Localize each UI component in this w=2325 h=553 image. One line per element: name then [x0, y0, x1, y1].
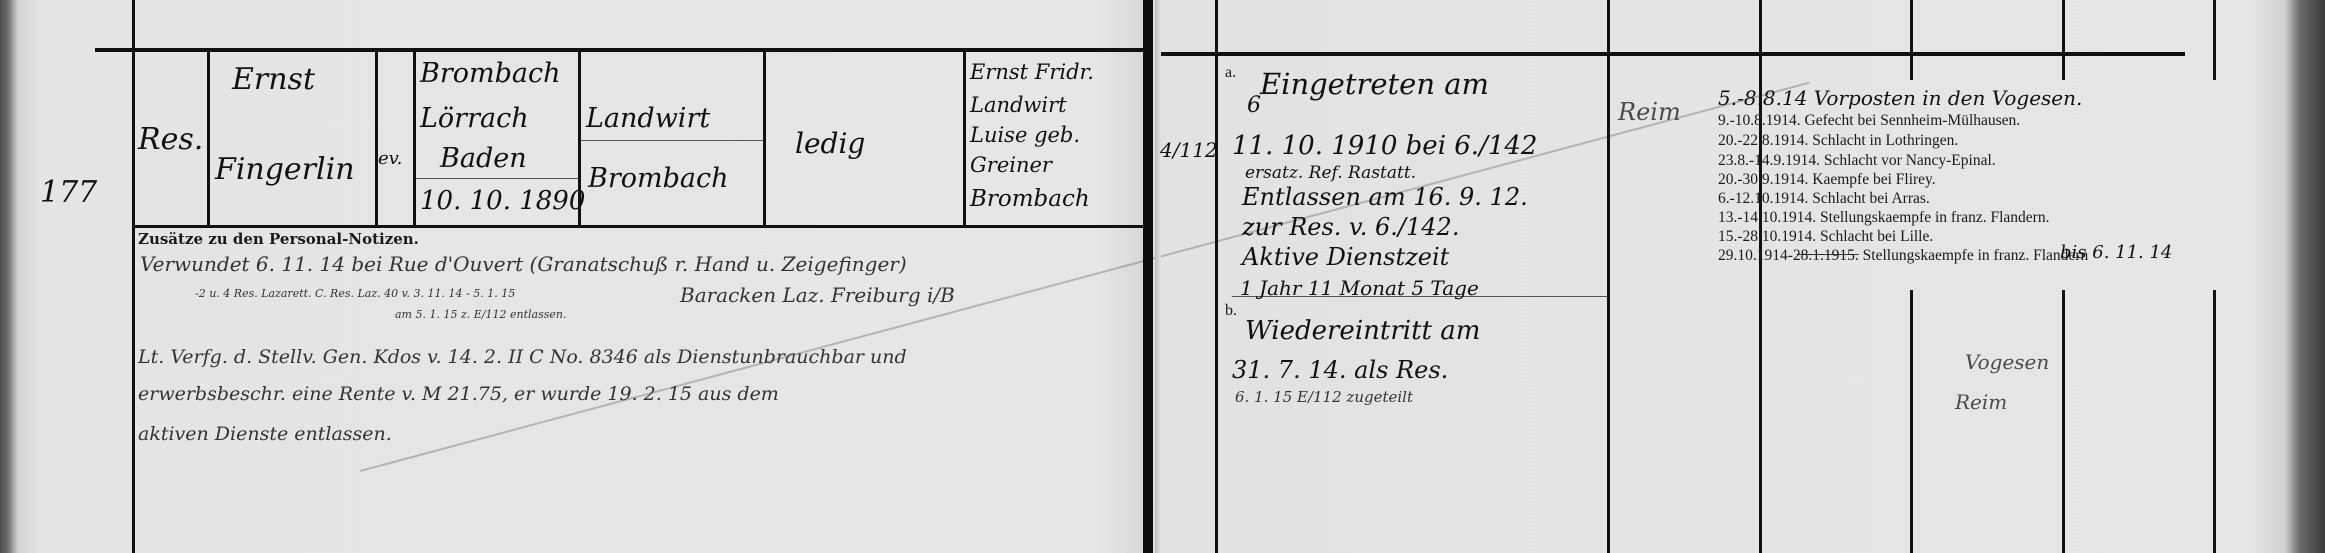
additions-line-6: aktiven Dienste entlassen. — [138, 425, 392, 444]
campaign-entry: 15.-28.10.1914. Schlacht bei Lille. — [1718, 228, 1933, 246]
campaign-stamp: 9.-10.8.1914. Gefecht bei Sennheim-Mülha… — [1718, 112, 2018, 317]
col-rule — [2062, 290, 2065, 553]
campaign-entry: 20.-30.9.1914. Kaempfe bei Flirey. — [1718, 171, 1936, 189]
lower-note-1: Vogesen — [1965, 352, 2049, 372]
col-rule — [1607, 0, 1610, 553]
additions-line-1b: Baracken Laz. Freiburg i/B — [680, 285, 955, 305]
surname: Fingerlin — [215, 155, 355, 185]
campaign-entry: 29.10.1914-2̶8̶.̶1̶.̶1̶9̶1̶5̶. Stellungs… — [1718, 247, 2088, 265]
rank: Res. — [138, 125, 203, 155]
service-a-line-1b: 6 — [1247, 95, 1261, 117]
campaign-handwritten-first: 5.-8.8.14 Vorposten in den Vogesen. — [1718, 88, 2082, 108]
service-a-line-2: 11. 10. 1910 bei 6./142 — [1232, 133, 1537, 159]
parents-3: Luise geb. — [970, 125, 1080, 146]
additions-line-4: Lt. Verfg. d. Stellv. Gen. Kdos v. 14. 2… — [138, 348, 907, 367]
service-a-line-1: Eingetreten am — [1260, 70, 1489, 99]
col-rule — [763, 50, 766, 226]
service-label-b: b. — [1225, 303, 1237, 319]
campaign-entry: 20.-22.8.1914. Schlacht in Lothringen. — [1718, 132, 1958, 150]
given-name: Ernst — [232, 65, 315, 95]
col-rule — [1910, 290, 1913, 553]
col-rule — [1215, 0, 1218, 553]
service-a-line-5: zur Res. v. 6./142. — [1242, 215, 1459, 239]
birth-date: 10. 10. 1890 — [420, 188, 585, 214]
col-rule — [1910, 0, 1913, 80]
campaign-entry: 9.-10.8.1914. Gefecht bei Sennheim-Mülha… — [1718, 112, 2020, 130]
marital-status: ledig — [795, 130, 865, 158]
additions-line-5: erwerbsbeschr. eine Rente v. M 21.75, er… — [138, 385, 779, 404]
book-spine — [1143, 0, 1153, 553]
col-rule — [2213, 290, 2216, 553]
page-fold — [1155, 0, 1161, 553]
birthplace-2: Lörrach — [420, 105, 529, 132]
campaign-entry: 23.8.-14.9.1914. Schlacht vor Nancy-Epin… — [1718, 152, 1996, 170]
campaign-entry: 6.-12.10.1914. Schlacht bei Arras. — [1718, 190, 1930, 208]
occupation: Landwirt — [586, 105, 710, 132]
reserve-note: Reim — [1618, 100, 1681, 124]
service-a-line-4: Entlassen am 16. 9. 12. — [1242, 185, 1528, 209]
service-b-line-2: 31. 7. 14. als Res. — [1232, 358, 1448, 382]
service-label-a: a. — [1225, 65, 1236, 81]
residence: Brombach — [588, 165, 729, 192]
parents-1: Ernst Fridr. — [970, 62, 1094, 83]
list-reference: 4/112 — [1160, 140, 1218, 160]
service-a-line-3: ersatz. Ref. Rastatt. — [1245, 165, 1416, 182]
campaign-handwritten-end: bis 6. 11. 14 — [2060, 244, 2172, 262]
parents-4: Greiner — [970, 155, 1052, 176]
parents-5: Brombach — [970, 188, 1090, 211]
parents-2: Landwirt — [970, 95, 1067, 116]
col-rule — [375, 50, 378, 226]
service-a-line-7: 1 Jahr 11 Monat 5 Tage — [1240, 278, 1479, 298]
lower-note-2: Reim — [1955, 392, 2007, 412]
additions-header: Zusätze zu den Personal-Notizen. — [138, 232, 419, 247]
col-rule — [413, 50, 416, 226]
additions-line-1: Verwundet 6. 11. 14 bei Rue d'Ouvert (Gr… — [140, 254, 907, 274]
birthplace-1: Brombach — [420, 60, 561, 87]
row-top-rule-right — [1160, 52, 2185, 56]
col-rule — [207, 50, 210, 226]
birthplace-divider — [415, 178, 578, 179]
service-a-line-6: Aktive Dienstzeit — [1242, 245, 1449, 269]
col-rule — [963, 50, 966, 226]
campaign-entry: 13.-14.10.1914. Stellungskaempfe in fran… — [1718, 209, 2049, 227]
occupation-divider — [580, 140, 763, 141]
col-rule — [2213, 0, 2216, 80]
register-page: 177 Res. Ernst Fingerlin ev. Brombach Lö… — [0, 0, 2325, 553]
row-bottom-rule — [132, 225, 1145, 228]
additions-line-3: am 5. 1. 15 z. E/112 entlassen. — [395, 309, 566, 320]
service-b-line-1: Wiedereintritt am — [1245, 318, 1480, 344]
row-top-rule — [95, 48, 1145, 52]
col-rule — [132, 0, 135, 553]
row-number: 177 — [40, 178, 97, 208]
religion: ev. — [378, 150, 402, 168]
col-rule — [2062, 0, 2065, 80]
birthplace-3: Baden — [440, 145, 527, 172]
additions-line-2: -2 u. 4 Res. Lazarett. C. Res. Laz. 40 v… — [195, 288, 515, 299]
service-b-line-3: 6. 1. 15 E/112 zugeteilt — [1235, 390, 1413, 405]
